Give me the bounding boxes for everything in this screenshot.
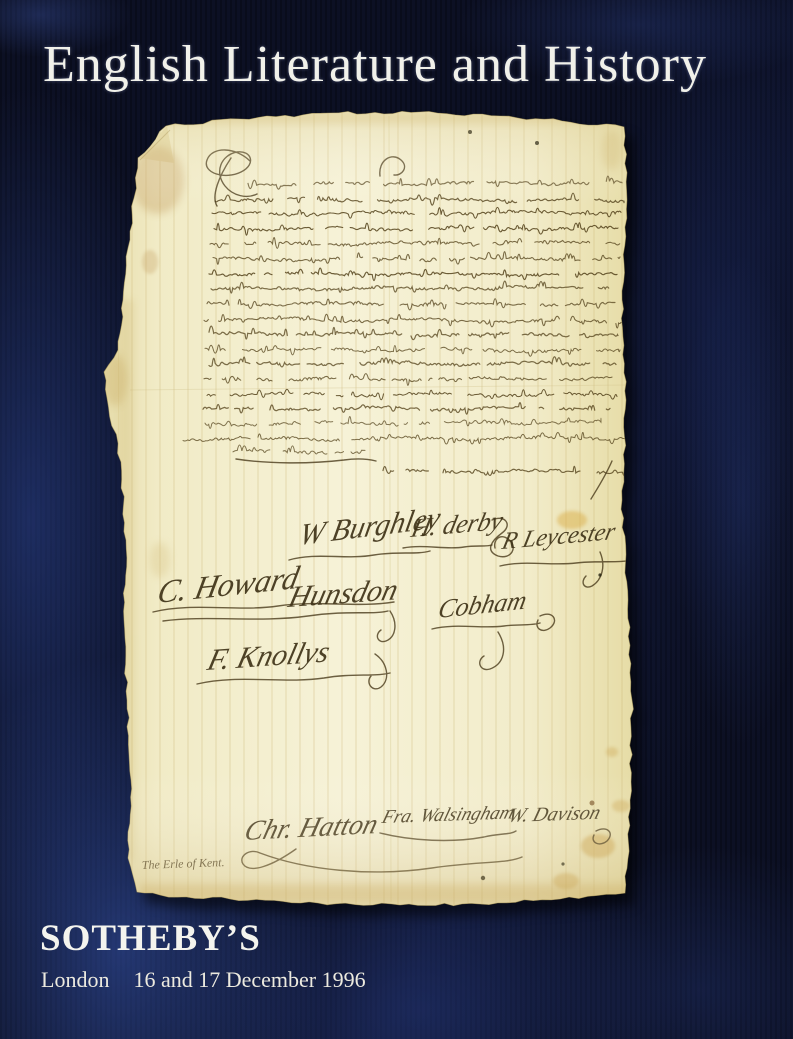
catalogue-cover: English Literature and History [0, 0, 793, 1039]
sothebys-logo: SOTHEBY’S [40, 920, 261, 957]
sale-dates: 16 and 17 December 1996 [133, 967, 365, 992]
sale-info: London16 and 17 December 1996 [41, 967, 366, 993]
paper-edge-shading [118, 108, 638, 918]
sale-location: London [41, 967, 109, 992]
manuscript-photograph: W Burghley H. derby R Leycester C. Howar… [0, 0, 793, 1039]
